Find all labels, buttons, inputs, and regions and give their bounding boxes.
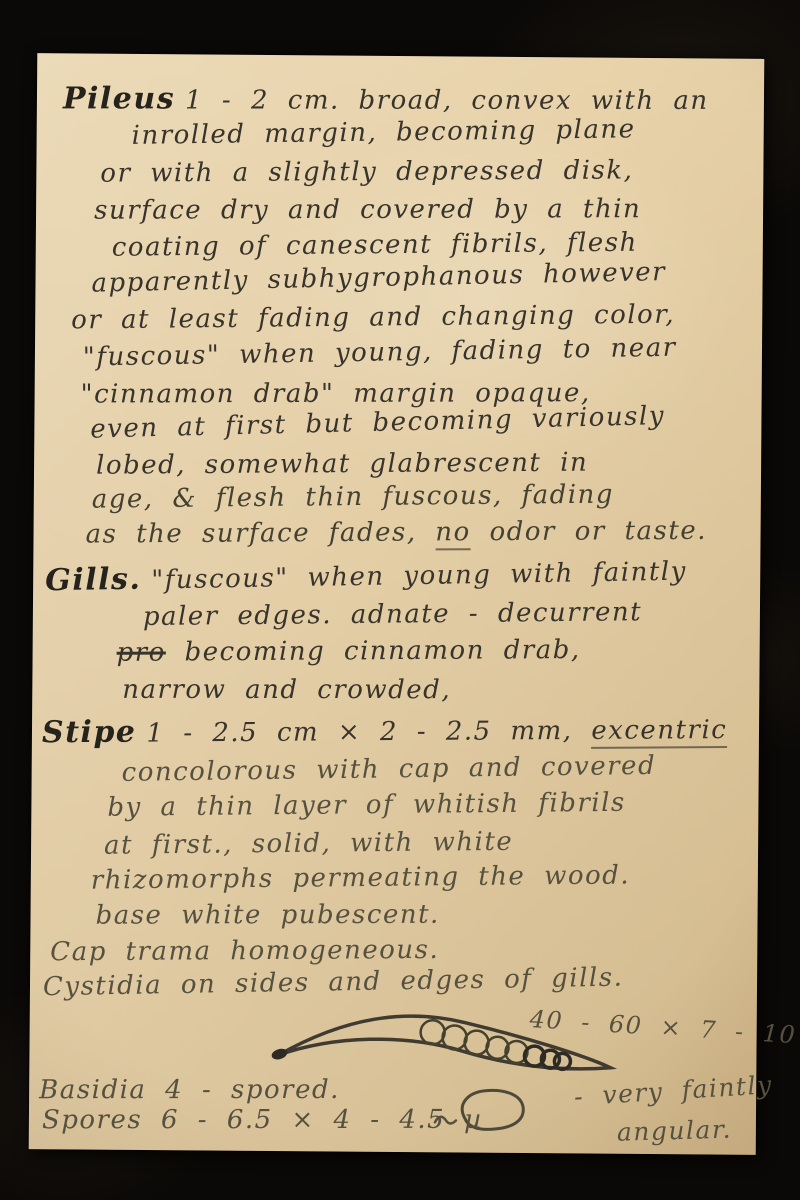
line-pileus-13: as the surface fades, no odor or taste. xyxy=(85,516,707,550)
pileus-text-13a: as the surface fades, xyxy=(85,518,416,550)
line-stipe-2: concolorous with cap and covered xyxy=(121,751,656,788)
gills-text-3b: becoming cinnamon drab, xyxy=(185,635,581,667)
gills-heading: Gills. xyxy=(45,562,142,599)
line-gills-2: paler edges. adnate - decurrent xyxy=(143,597,643,632)
line-pileus-7: or at least fading and changing color, xyxy=(71,300,675,336)
line-pileus-6: apparently subhygrophanous however xyxy=(91,257,666,299)
line-spores: Spores 6 - 6.5 × 4 - 4.5 µ xyxy=(42,1105,482,1135)
pileus-heading: Pileus xyxy=(63,81,175,116)
gills-text-1: "fuscous" when young with faintly xyxy=(151,557,687,596)
line-pileus-3: or with a slightly depressed disk, xyxy=(100,155,633,188)
spore-note-line-2: angular. xyxy=(616,1115,732,1147)
pileus-text-13c: odor or taste. xyxy=(489,516,707,547)
stipe-excentric-underlined: excentric xyxy=(591,715,727,749)
line-pileus-4: surface dry and covered by a thin xyxy=(94,194,641,225)
line-basidia: Basidia 4 - spored. xyxy=(39,1075,340,1105)
line-stipe-4: at first., solid, with white xyxy=(104,827,513,861)
line-stipe-5: rhizomorphs permeating the wood. xyxy=(91,860,631,895)
line-pileus-1: Pileus1 - 2 cm. broad, convex with an xyxy=(63,81,709,117)
photo-background: Pileus1 - 2 cm. broad, convex with an in… xyxy=(0,0,800,1200)
line-gills-1: Gills."fuscous" when young with faintly xyxy=(45,553,687,599)
line-pileus-5: coating of canescent fibrils, flesh xyxy=(112,228,638,263)
line-pileus-2: inrolled margin, becoming plane xyxy=(131,114,635,151)
line-gills-3: pro becoming cinnamon drab, xyxy=(117,635,581,668)
line-stipe-3: by a thin layer of whitish fibrils xyxy=(107,788,626,823)
line-stipe-6: base white pubescent. xyxy=(96,900,440,931)
gills-struck-word: pro xyxy=(117,638,166,668)
pileus-text-1: 1 - 2 cm. broad, convex with an xyxy=(185,85,709,115)
line-stipe-1: Stipe1 - 2.5 cm × 2 - 2.5 mm, excentric xyxy=(42,711,727,750)
line-pileus-8: "fuscous" when young, fading to near xyxy=(83,333,677,373)
stipe-text-1a: 1 - 2.5 cm × 2 - 2.5 mm, xyxy=(146,716,572,749)
specimen-card: Pileus1 - 2 cm. broad, convex with an in… xyxy=(29,53,765,1155)
stipe-heading: Stipe xyxy=(42,715,137,751)
line-pileus-11: lobed, somewhat glabrescent in xyxy=(96,448,588,481)
pileus-no-underlined: no xyxy=(435,517,471,550)
line-pileus-12: age, & flesh thin fuscous, fading xyxy=(92,480,614,515)
line-cap-trama: Cap trama homogeneous. xyxy=(50,935,439,967)
line-gills-4: narrow and crowded, xyxy=(122,675,451,705)
